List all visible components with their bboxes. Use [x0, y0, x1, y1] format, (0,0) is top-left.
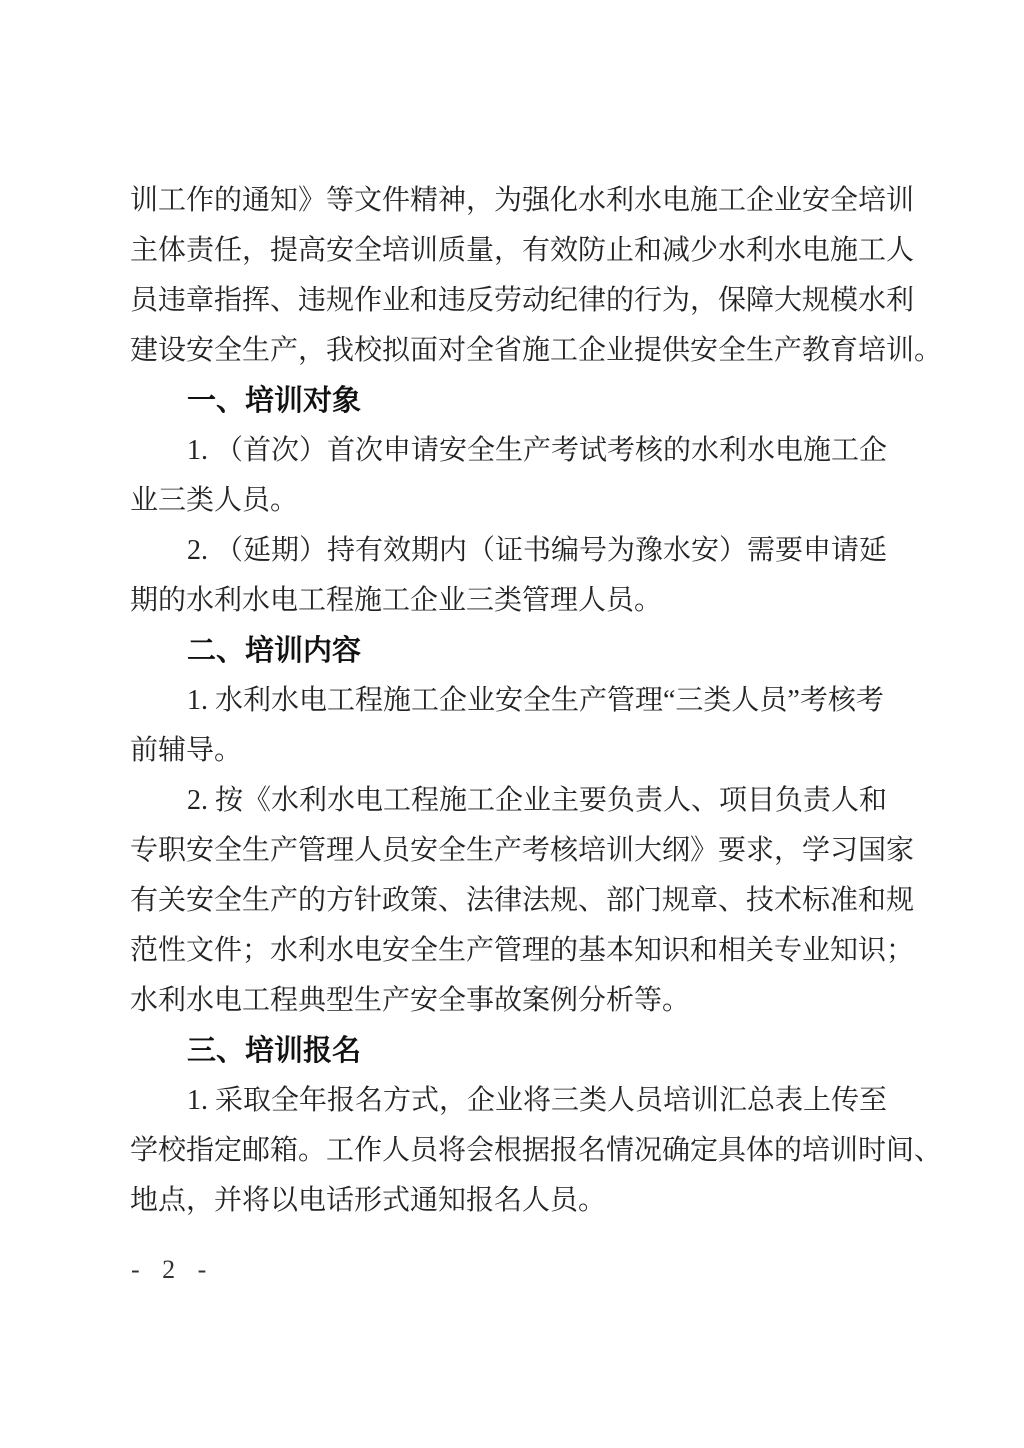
text-line: 专职安全生产管理人员安全生产考核培训大纲》要求，学习国家: [130, 826, 922, 876]
list-item-line: 1. （首次）首次申请安全生产考试考核的水利水电施工企: [130, 426, 922, 476]
text-line: 水利水电工程典型生产安全事故案例分析等。: [130, 976, 922, 1026]
list-item-line: 2. 按《水利水电工程施工企业主要负责人、项目负责人和: [130, 776, 922, 826]
text-line: 学校指定邮箱。工作人员将会根据报名情况确定具体的培训时间、: [130, 1126, 922, 1176]
text-line: 业三类人员。: [130, 476, 922, 526]
section-heading-training-content: 二、培训内容: [130, 626, 922, 676]
list-item-line: 2. （延期）持有效期内（证书编号为豫水安）需要申请延: [130, 526, 922, 576]
document-body: 训工作的通知》等文件精神，为强化水利水电施工企业安全培训 主体责任，提高安全培训…: [130, 176, 922, 1226]
text-line: 范性文件；水利水电安全生产管理的基本知识和相关专业知识；: [130, 926, 922, 976]
text-line: 主体责任，提高安全培训质量，有效防止和减少水利水电施工人: [130, 226, 922, 276]
text-line: 前辅导。: [130, 726, 922, 776]
text-line: 员违章指挥、违规作业和违反劳动纪律的行为，保障大规模水利: [130, 276, 922, 326]
section-heading-training-target: 一、培训对象: [130, 376, 922, 426]
section-heading-training-registration: 三、培训报名: [130, 1026, 922, 1076]
list-item-line: 1. 水利水电工程施工企业安全生产管理“三类人员”考核考: [130, 676, 922, 726]
text-line: 有关安全生产的方针政策、法律法规、部门规章、技术标准和规: [130, 876, 922, 926]
text-line: 地点，并将以电话形式通知报名人员。: [130, 1176, 922, 1226]
list-item-line: 1. 采取全年报名方式，企业将三类人员培训汇总表上传至: [130, 1076, 922, 1126]
document-page: 训工作的通知》等文件精神，为强化水利水电施工企业安全培训 主体责任，提高安全培训…: [0, 0, 1024, 1448]
text-line: 期的水利水电工程施工企业三类管理人员。: [130, 576, 922, 626]
page-number: - 2 -: [131, 1250, 214, 1290]
text-line: 建设安全生产，我校拟面对全省施工企业提供安全生产教育培训。: [130, 326, 922, 376]
text-line: 训工作的通知》等文件精神，为强化水利水电施工企业安全培训: [130, 176, 922, 226]
